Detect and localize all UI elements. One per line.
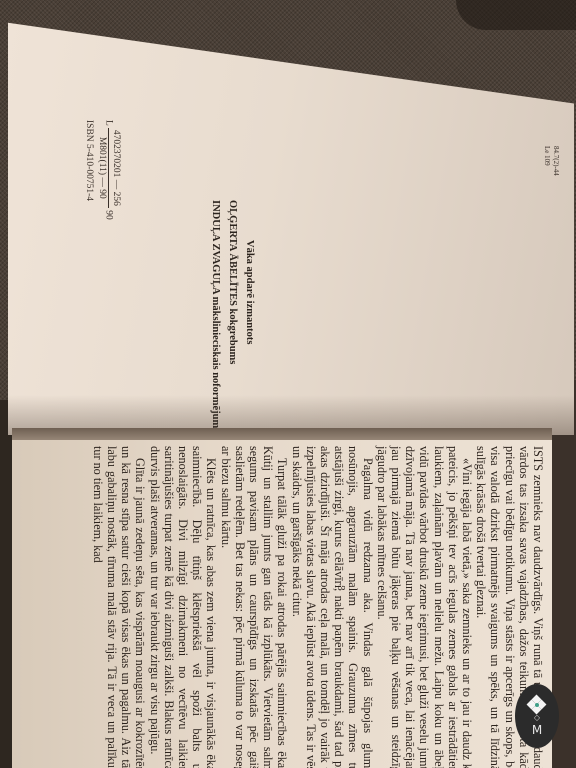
isbn-prefix: L [103, 120, 113, 125]
catalog-code: 84.7(2)-44 Le 109 [542, 146, 560, 176]
diamond-icon: ◇ [534, 714, 540, 722]
credit-line: Vāka apdarē izmantots [241, 200, 258, 432]
isbn-numerator: 4702370201 — 256 [108, 128, 122, 208]
isbn-fraction: 4702370201 — 256 M801(11) — 90 [95, 128, 122, 208]
watermark-letter: M [532, 724, 542, 736]
isbn-denominator: M801(11) — 90 [95, 128, 108, 208]
isbn-number: ISBN 5-410-00751-4 [82, 120, 95, 220]
catalog-code-line: 84.7(2)-44 [551, 146, 560, 176]
paragraph: Klēts un ratnīca, kas abas zem viena jum… [147, 446, 218, 768]
paragraph: Glīta ir jaunā zedeņu sēta, kas vispārām… [91, 446, 148, 768]
title-verso-page [8, 10, 574, 435]
flower-icon [528, 696, 546, 714]
cover-credits: Vāka apdarē izmantots OĻĢERTA ĀBELĪTES k… [207, 200, 258, 432]
isbn-suffix: 90 [103, 210, 113, 220]
fabric-shadow [456, 0, 576, 30]
isbn-block: L 4702370201 — 256 M801(11) — 90 90 ISBN… [82, 120, 122, 220]
paragraph: Pagalma vidū redzama aka. Vindas galā šū… [289, 446, 374, 768]
catalog-code-line: Le 109 [542, 146, 551, 176]
page-number: 3 [335, 585, 347, 591]
paragraph: Turpat tālāk gluži pa rokai atrodas pārē… [218, 446, 289, 768]
credit-line: OĻĢERTA ĀBELĪTES kokgrebums [224, 200, 241, 432]
body-text: ISTS zemnieks nav daudzvārdīgs. Viņš run… [91, 446, 546, 768]
paragraph: «Vini iegāja labā vietā,» saka zemnieks … [375, 446, 474, 768]
watermark-badge: ◇ M [515, 684, 559, 748]
credit-line: INDUĻA ZVAGUĻA mākslinieciskais noformēj… [207, 200, 224, 432]
